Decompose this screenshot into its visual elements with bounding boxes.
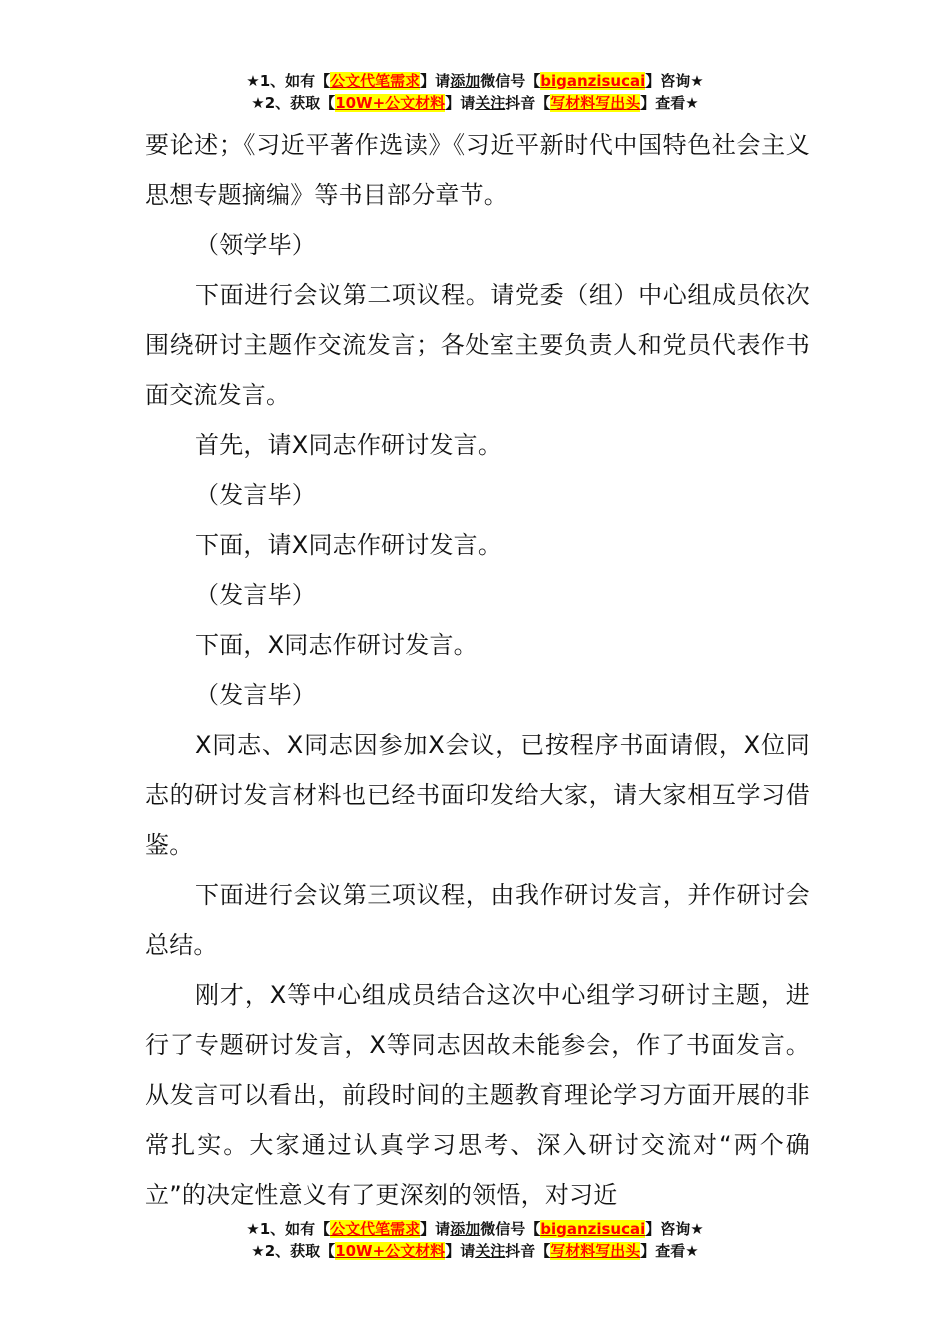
underlined-text: 关注 xyxy=(475,94,505,112)
highlight-wechat-id: biganzisucai xyxy=(540,1220,645,1238)
banner-text: 】请 xyxy=(420,72,450,90)
underlined-text: 关注 xyxy=(475,1242,505,1260)
banner-text: 】咨询★ xyxy=(645,72,703,90)
banner-text: 抖音【 xyxy=(505,1242,550,1260)
highlight-douyin-account: 写材料写出头 xyxy=(550,94,640,112)
paragraph: （领学毕） xyxy=(145,220,810,270)
highlight-materials: 10W+公文材料 xyxy=(335,1242,445,1260)
banner-text: 抖音【 xyxy=(505,94,550,112)
paragraph: 下面，请X同志作研讨发言。 xyxy=(145,520,810,570)
banner-text: 】请 xyxy=(445,1242,475,1260)
highlight-materials: 10W+公文材料 xyxy=(335,94,445,112)
banner-line-1: ★1、如有【公文代笔需求】请添加微信号【biganzisucai】咨询★ xyxy=(0,1218,950,1240)
banner-text: 微信号【 xyxy=(480,72,540,90)
paragraph: 下面进行会议第二项议程。请党委（组）中心组成员依次围绕研讨主题作交流发言；各处室… xyxy=(145,270,810,420)
banner-text: ★1、如有【 xyxy=(246,72,330,90)
highlight-service: 公文代笔需求 xyxy=(330,72,420,90)
banner-text: 】请 xyxy=(420,1220,450,1238)
underlined-text: 添加 xyxy=(450,72,480,90)
banner-text: 】查看★ xyxy=(640,94,698,112)
banner-line-1: ★1、如有【公文代笔需求】请添加微信号【biganzisucai】咨询★ xyxy=(0,70,950,92)
banner-text: ★1、如有【 xyxy=(246,1220,330,1238)
paragraph: X同志、X同志因参加X会议，已按程序书面请假，X位同志的研讨发言材料也已经书面印… xyxy=(145,720,810,870)
banner-text: 】查看★ xyxy=(640,1242,698,1260)
paragraph: 下面进行会议第三项议程，由我作研讨发言，并作研讨会总结。 xyxy=(145,870,810,970)
paragraph: 刚才，X等中心组成员结合这次中心组学习研讨主题，进行了专题研讨发言，X等同志因故… xyxy=(145,970,810,1220)
footer-banner: ★1、如有【公文代笔需求】请添加微信号【biganzisucai】咨询★ ★2、… xyxy=(0,1218,950,1262)
document-body: 要论述；《习近平著作选读》《习近平新时代中国特色社会主义思想专题摘编》等书目部分… xyxy=(145,120,810,1220)
paragraph: （发言毕） xyxy=(145,670,810,720)
banner-line-2: ★2、获取【10W+公文材料】请关注抖音【写材料写出头】查看★ xyxy=(0,92,950,114)
highlight-douyin-account: 写材料写出头 xyxy=(550,1242,640,1260)
banner-text: 】请 xyxy=(445,94,475,112)
paragraph: 要论述；《习近平著作选读》《习近平新时代中国特色社会主义思想专题摘编》等书目部分… xyxy=(145,120,810,220)
paragraph: （发言毕） xyxy=(145,570,810,620)
highlight-wechat-id: biganzisucai xyxy=(540,72,645,90)
banner-text: 】咨询★ xyxy=(645,1220,703,1238)
banner-text: ★2、获取【 xyxy=(251,1242,335,1260)
banner-text: ★2、获取【 xyxy=(251,94,335,112)
paragraph: （发言毕） xyxy=(145,470,810,520)
banner-text: 微信号【 xyxy=(480,1220,540,1238)
highlight-service: 公文代笔需求 xyxy=(330,1220,420,1238)
underlined-text: 添加 xyxy=(450,1220,480,1238)
paragraph: 下面，X同志作研讨发言。 xyxy=(145,620,810,670)
banner-line-2: ★2、获取【10W+公文材料】请关注抖音【写材料写出头】查看★ xyxy=(0,1240,950,1262)
header-banner: ★1、如有【公文代笔需求】请添加微信号【biganzisucai】咨询★ ★2、… xyxy=(0,70,950,114)
paragraph: 首先，请X同志作研讨发言。 xyxy=(145,420,810,470)
